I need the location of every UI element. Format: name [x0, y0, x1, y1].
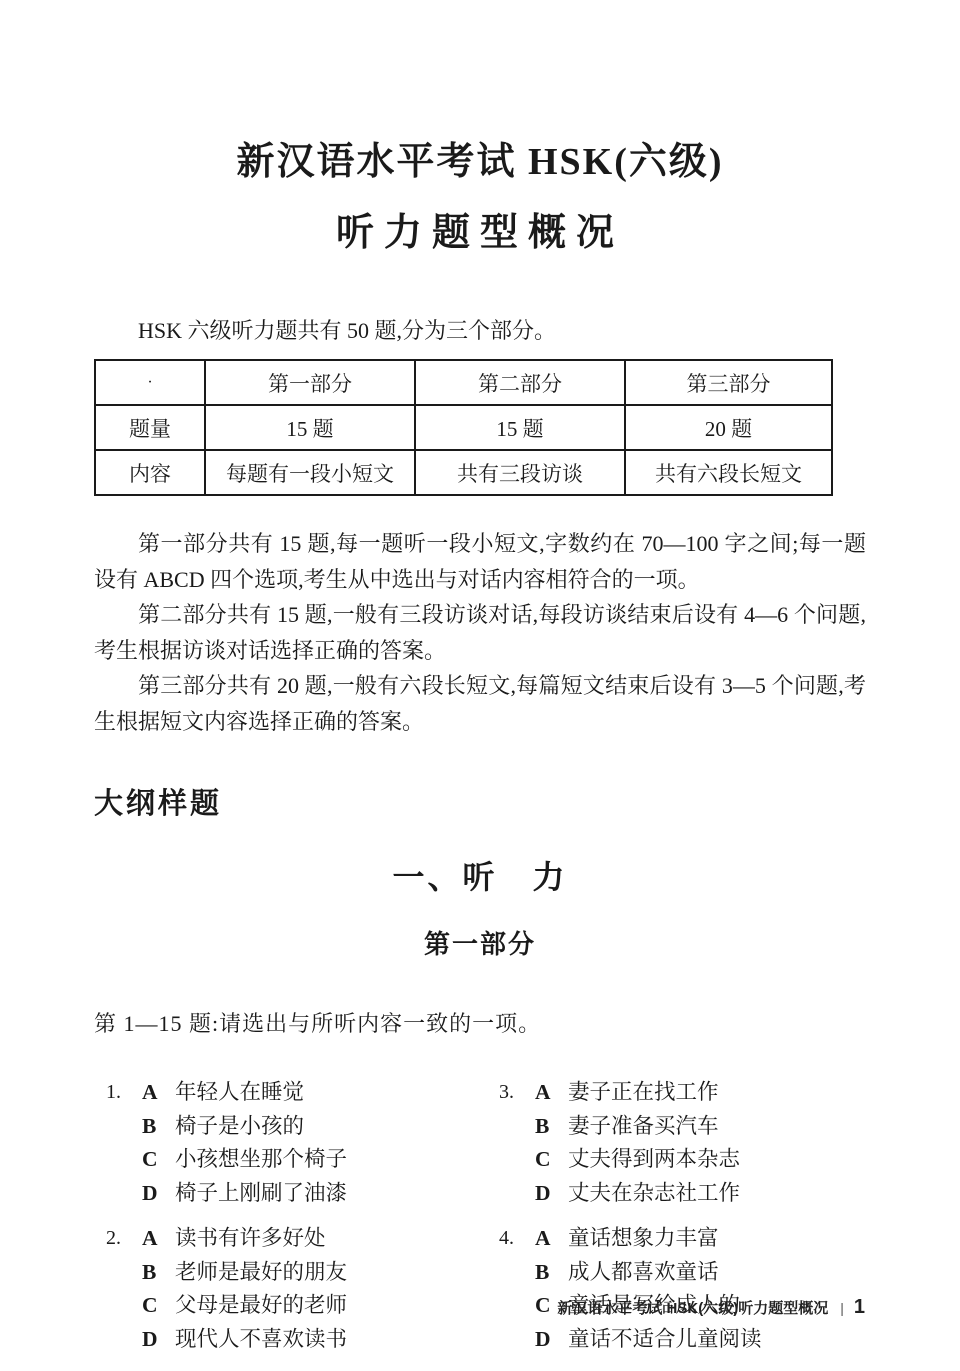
page-footer: 新汉语水平考试 HSK(六级)听力题型概况 | 1	[557, 1296, 865, 1319]
option-row: B 椅子是小孩的	[106, 1110, 499, 1144]
table-row-quantity: 题量 15 题 15 题 20 题	[95, 405, 832, 450]
intro-paragraph: HSK 六级听力题共有 50 题,分为三个部分。	[94, 314, 866, 345]
questions-right-column: 3. A 妻子正在找工作 B 妻子准备买汽车 C 丈夫得到两本杂志 D 丈夫	[499, 1076, 866, 1368]
outline-sample-heading: 大纲样题	[94, 781, 866, 822]
option-label: D	[142, 1177, 175, 1211]
question-number: 1.	[106, 1076, 142, 1110]
option-row: D 丈夫在杂志社工作	[499, 1177, 866, 1211]
footer-separator: |	[840, 1300, 844, 1316]
option-row: 1. A 年轻人在睡觉	[106, 1076, 499, 1110]
footer-page-number: 1	[854, 1296, 865, 1319]
table-cell: 20 题	[625, 405, 832, 450]
question-number: 2.	[106, 1222, 142, 1256]
table-cell: 15 题	[415, 405, 625, 450]
option-text: 现代人不喜欢读书	[175, 1323, 347, 1357]
option-label: C	[535, 1143, 568, 1177]
question-number: 4.	[499, 1222, 535, 1256]
option-label: B	[535, 1110, 568, 1144]
footer-text: 新汉语水平考试 HSK(六级)听力题型概况	[557, 1297, 828, 1318]
option-row: B 老师是最好的朋友	[106, 1256, 499, 1290]
option-row: D 椅子上刚刷了油漆	[106, 1177, 499, 1211]
option-text: 童话不适合儿童阅读	[568, 1323, 762, 1357]
option-row: D 现代人不喜欢读书	[106, 1323, 499, 1357]
page-content: HSK 六级听力题共有 50 题,分为三个部分。 · 第一部分 第二部分 第三部…	[94, 314, 866, 1368]
document-page: 新汉语水平考试 HSK(六级) 听力题型概况 HSK 六级听力题共有 50 题,…	[0, 0, 960, 1371]
option-text: 老师是最好的朋友	[175, 1256, 347, 1290]
option-label: A	[535, 1222, 568, 1256]
option-text: 小孩想坐那个椅子	[175, 1143, 347, 1177]
option-label: B	[142, 1256, 175, 1290]
option-row: B 妻子准备买汽车	[499, 1110, 866, 1144]
option-label: A	[142, 1076, 175, 1110]
question-1: 1. A 年轻人在睡觉 B 椅子是小孩的 C 小孩想坐那个椅子 D 椅子上刚	[106, 1076, 499, 1210]
table-col-header-part1: 第一部分	[205, 360, 415, 405]
option-row: C 丈夫得到两本杂志	[499, 1143, 866, 1177]
page-title-line2: 听力题型概况	[0, 201, 960, 256]
overview-table: · 第一部分 第二部分 第三部分 题量 15 题 15 题 20 题 内容 每题…	[94, 359, 833, 496]
table-cell: 每题有一段小短文	[205, 450, 415, 495]
option-row: C 小孩想坐那个椅子	[106, 1143, 499, 1177]
option-text: 妻子正在找工作	[568, 1076, 719, 1110]
table-col-header-part3: 第三部分	[625, 360, 832, 405]
option-row: B 成人都喜欢童话	[499, 1256, 866, 1290]
option-label: C	[142, 1143, 175, 1177]
body-paragraph-1: 第一部分共有 15 题,每一题听一段小短文,字数约在 70—100 字之间;每一…	[94, 526, 866, 597]
option-text: 椅子上刚刷了油漆	[175, 1177, 347, 1211]
option-label: A	[142, 1222, 175, 1256]
description-paragraphs: 第一部分共有 15 题,每一题听一段小短文,字数约在 70—100 字之间;每一…	[94, 526, 866, 739]
option-label: B	[142, 1110, 175, 1144]
option-row: C 父母是最好的老师	[106, 1289, 499, 1323]
option-row: D 童话不适合儿童阅读	[499, 1323, 866, 1357]
option-text: 年轻人在睡觉	[175, 1076, 304, 1110]
question-number: 3.	[499, 1076, 535, 1110]
table-col-header-part2: 第二部分	[415, 360, 625, 405]
question-4: 4. A 童话想象力丰富 B 成人都喜欢童话 C 童话是写给成人的 D 童话	[499, 1222, 866, 1356]
option-label: A	[535, 1076, 568, 1110]
option-text: 读书有许多好处	[175, 1222, 326, 1256]
option-text: 童话想象力丰富	[568, 1222, 719, 1256]
option-label: D	[142, 1323, 175, 1357]
questions-left-column: 1. A 年轻人在睡觉 B 椅子是小孩的 C 小孩想坐那个椅子 D 椅子上刚	[106, 1076, 499, 1368]
option-text: 椅子是小孩的	[175, 1110, 304, 1144]
listening-section-title: 一、听 力	[94, 852, 866, 898]
option-label: D	[535, 1323, 568, 1357]
question-2: 2. A 读书有许多好处 B 老师是最好的朋友 C 父母是最好的老师 D 现	[106, 1222, 499, 1356]
body-paragraph-2: 第二部分共有 15 题,一般有三段访谈对话,每段访谈结束后设有 4—6 个问题,…	[94, 597, 866, 668]
page-title-line1: 新汉语水平考试 HSK(六级)	[0, 130, 960, 185]
body-paragraph-3: 第三部分共有 20 题,一般有六段长短文,每篇短文结束后设有 3—5 个问题,考…	[94, 668, 866, 739]
option-label: B	[535, 1256, 568, 1290]
instruction-line: 第 1—15 题:请选出与所听内容一致的一项。	[94, 1007, 866, 1038]
option-text: 成人都喜欢童话	[568, 1256, 719, 1290]
questions-grid: 1. A 年轻人在睡觉 B 椅子是小孩的 C 小孩想坐那个椅子 D 椅子上刚	[94, 1076, 866, 1368]
option-label: D	[535, 1177, 568, 1211]
option-row: 3. A 妻子正在找工作	[499, 1076, 866, 1110]
option-text: 父母是最好的老师	[175, 1289, 347, 1323]
question-3: 3. A 妻子正在找工作 B 妻子准备买汽车 C 丈夫得到两本杂志 D 丈夫	[499, 1076, 866, 1210]
option-text: 丈夫在杂志社工作	[568, 1177, 740, 1211]
option-text: 丈夫得到两本杂志	[568, 1143, 740, 1177]
part-one-subtitle: 第一部分	[94, 924, 866, 961]
table-cell: 共有三段访谈	[415, 450, 625, 495]
table-row-label-content: 内容	[95, 450, 205, 495]
option-row: 2. A 读书有许多好处	[106, 1222, 499, 1256]
table-cell: 共有六段长短文	[625, 450, 832, 495]
table-corner-cell: ·	[95, 360, 205, 405]
table-cell: 15 题	[205, 405, 415, 450]
table-row-content: 内容 每题有一段小短文 共有三段访谈 共有六段长短文	[95, 450, 832, 495]
option-label: C	[142, 1289, 175, 1323]
option-text: 妻子准备买汽车	[568, 1110, 719, 1144]
option-row: 4. A 童话想象力丰富	[499, 1222, 866, 1256]
table-header-row: · 第一部分 第二部分 第三部分	[95, 360, 832, 405]
table-row-label-quantity: 题量	[95, 405, 205, 450]
